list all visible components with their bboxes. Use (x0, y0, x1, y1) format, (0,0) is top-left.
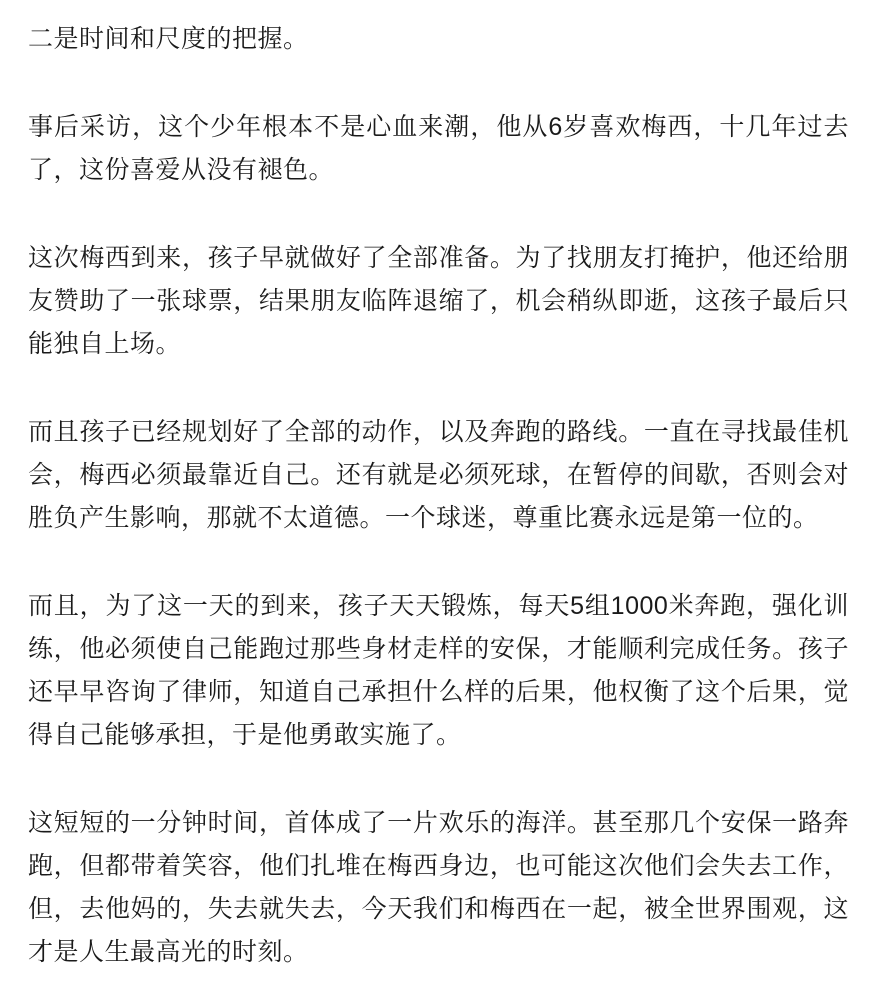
paragraph: 这短短的一分钟时间，首体成了一片欢乐的海洋。甚至那几个安保一路奔跑，但都带着笑容… (28, 802, 849, 974)
paragraph: 这次梅西到来，孩子早就做好了全部准备。为了找朋友打掩护，他还给朋友赞助了一张球票… (28, 237, 849, 366)
paragraph: 事后采访，这个少年根本不是心血来潮，他从6岁喜欢梅西，十几年过去了，这份喜爱从没… (28, 106, 849, 192)
paragraph: 而且，为了这一天的到来，孩子天天锻炼，每天5组1000米奔跑，强化训练，他必须使… (28, 585, 849, 757)
article-body: 二是时间和尺度的把握。 事后采访，这个少年根本不是心血来潮，他从6岁喜欢梅西，十… (0, 0, 877, 984)
paragraph: 而且孩子已经规划好了全部的动作，以及奔跑的路线。一直在寻找最佳机会，梅西必须最靠… (28, 411, 849, 540)
paragraph: 二是时间和尺度的把握。 (28, 18, 849, 61)
